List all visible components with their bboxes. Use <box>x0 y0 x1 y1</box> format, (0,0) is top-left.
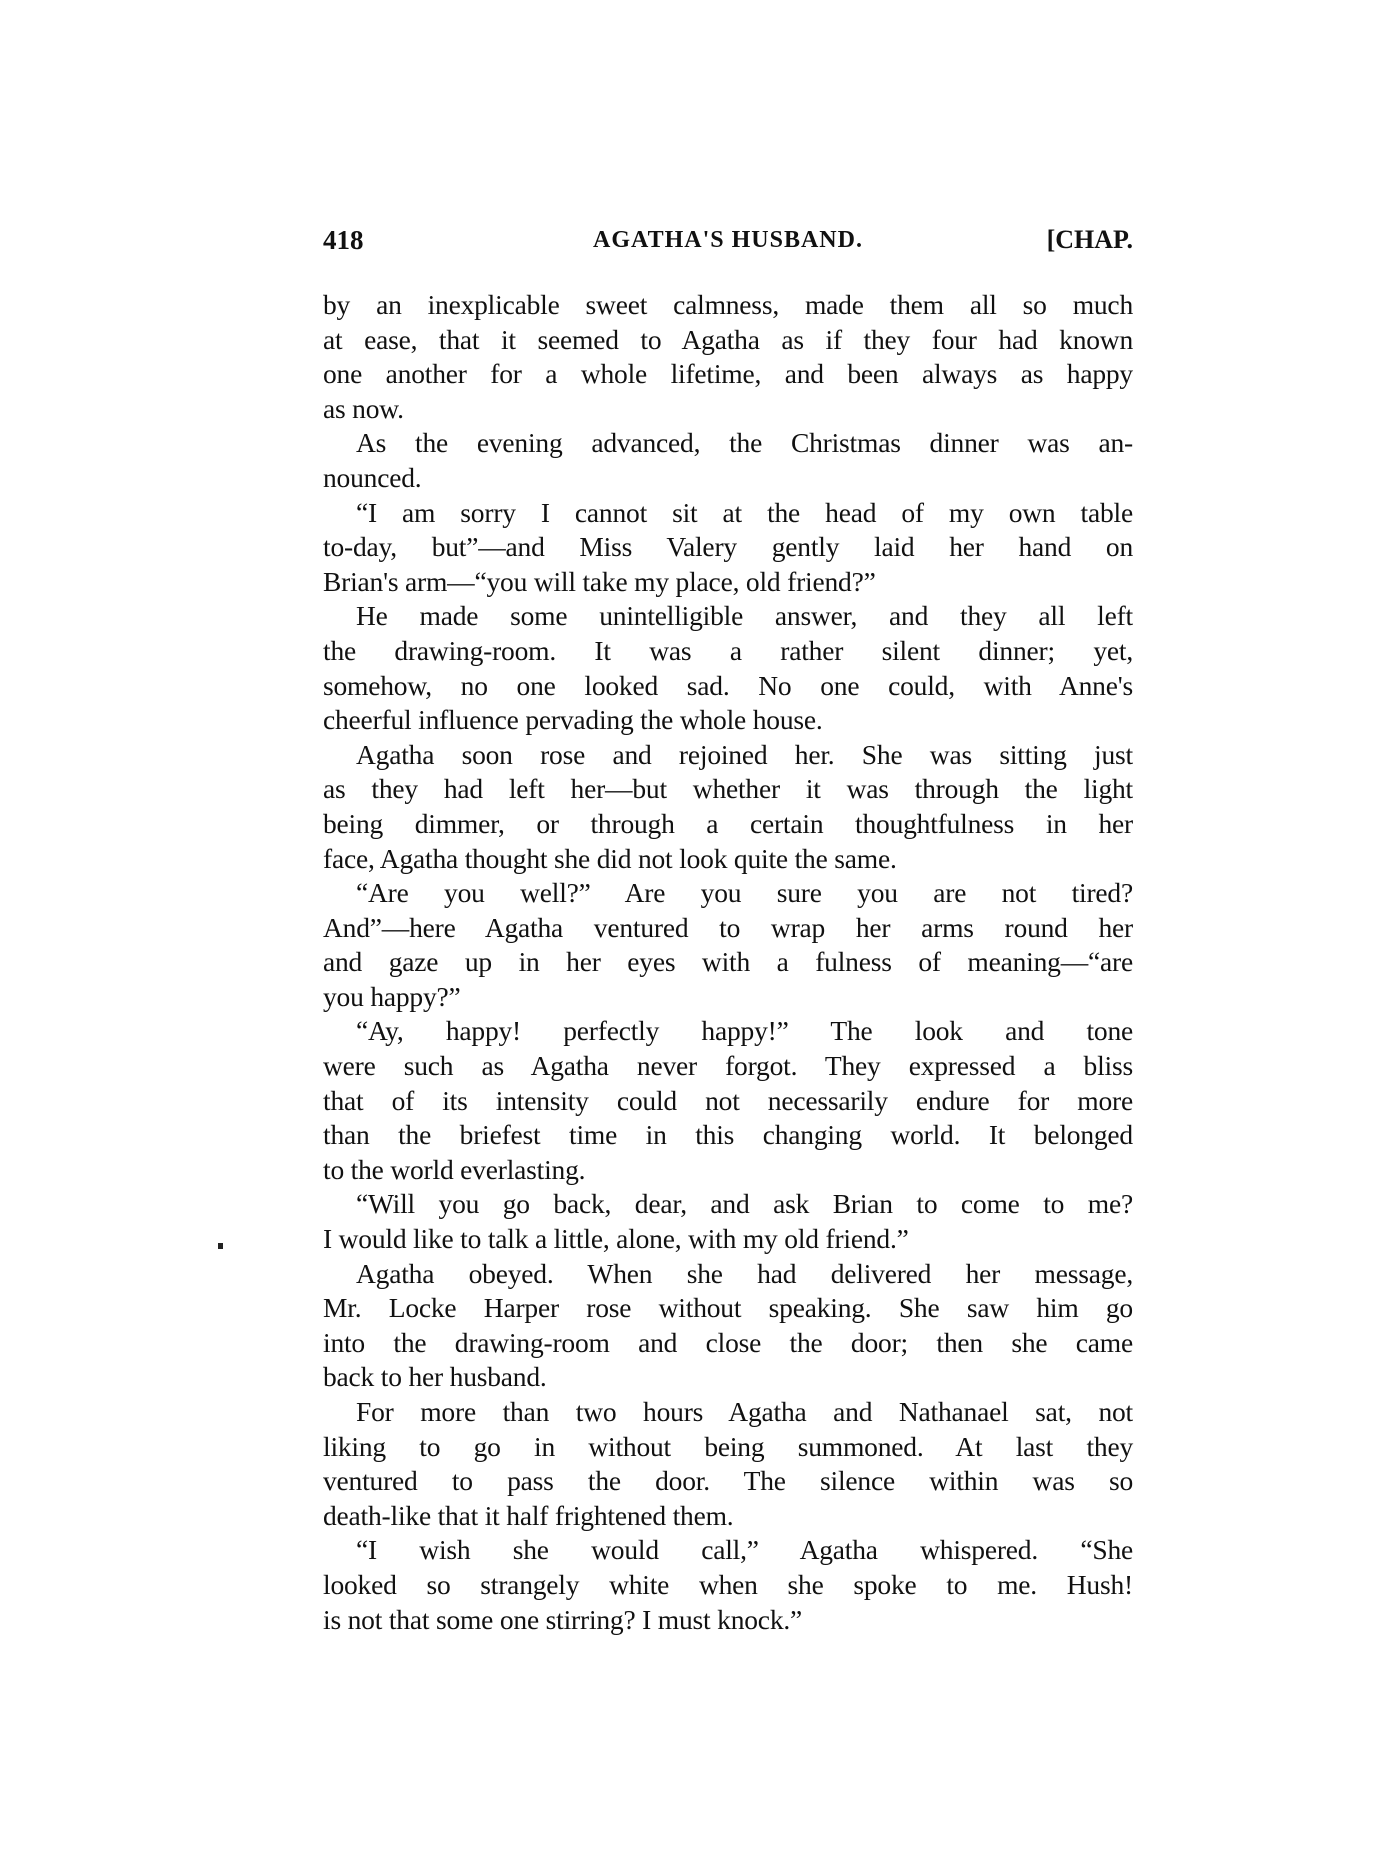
text-line: than the briefest time in this changing … <box>323 1118 1133 1153</box>
text-line: you happy?” <box>323 980 1133 1015</box>
text-line: I would like to talk a little, alone, wi… <box>323 1222 1133 1257</box>
text-line: into the drawing-room and close the door… <box>323 1326 1133 1361</box>
text-line: at ease, that it seemed to Agatha as if … <box>323 323 1133 358</box>
text-line: And”—here Agatha ventured to wrap her ar… <box>323 911 1133 946</box>
text-line: one another for a whole lifetime, and be… <box>323 357 1133 392</box>
text-line: Mr. Locke Harper rose without speaking. … <box>323 1291 1133 1326</box>
text-line: being dimmer, or through a certain thoug… <box>323 807 1133 842</box>
text-line: For more than two hours Agatha and Natha… <box>323 1395 1133 1430</box>
text-line: “Ay, happy! perfectly happy!” The look a… <box>323 1014 1133 1049</box>
text-line: death-like that it half frightened them. <box>323 1499 1133 1534</box>
text-line: As the evening advanced, the Christmas d… <box>323 426 1133 461</box>
text-line: to-day, but”—and Miss Valery gently laid… <box>323 530 1133 565</box>
text-line: “I wish she would call,” Agatha whispere… <box>323 1533 1133 1568</box>
chapter-marker: [CHAP. <box>1047 220 1133 260</box>
book-page: 418 AGATHA'S HUSBAND. [CHAP. by an inexp… <box>323 220 1133 1637</box>
text-line: Agatha obeyed. When she had delivered he… <box>323 1257 1133 1292</box>
text-line: ventured to pass the door. The silence w… <box>323 1464 1133 1499</box>
text-line: by an inexplicable sweet calmness, made … <box>323 288 1133 323</box>
text-line: Brian's arm—“you will take my place, old… <box>323 565 1133 600</box>
text-line: “I am sorry I cannot sit at the head of … <box>323 496 1133 531</box>
running-title: AGATHA'S HUSBAND. <box>323 220 1133 260</box>
text-line: looked so strangely white when she spoke… <box>323 1568 1133 1603</box>
text-line: were such as Agatha never forgot. They e… <box>323 1049 1133 1084</box>
text-line: is not that some one stirring? I must kn… <box>323 1603 1133 1638</box>
text-line: somehow, no one looked sad. No one could… <box>323 669 1133 704</box>
text-line: to the world everlasting. <box>323 1153 1133 1188</box>
text-line: as they had left her—but whether it was … <box>323 772 1133 807</box>
text-line: back to her husband. <box>323 1360 1133 1395</box>
running-header: 418 AGATHA'S HUSBAND. [CHAP. <box>323 220 1133 260</box>
text-line: cheerful influence pervading the whole h… <box>323 703 1133 738</box>
text-line: and gaze up in her eyes with a fulness o… <box>323 945 1133 980</box>
text-line: the drawing-room. It was a rather silent… <box>323 634 1133 669</box>
text-line: face, Agatha thought she did not look qu… <box>323 842 1133 877</box>
text-line: liking to go in without being summoned. … <box>323 1430 1133 1465</box>
text-line: “Are you well?” Are you sure you are not… <box>323 876 1133 911</box>
scan-speck <box>218 1243 223 1249</box>
text-line: “Will you go back, dear, and ask Brian t… <box>323 1187 1133 1222</box>
text-line: He made some unintelligible answer, and … <box>323 599 1133 634</box>
text-line: that of its intensity could not necessar… <box>323 1084 1133 1119</box>
page-body-text: by an inexplicable sweet calmness, made … <box>323 288 1133 1637</box>
text-line: nounced. <box>323 461 1133 496</box>
text-line: as now. <box>323 392 1133 427</box>
text-line: Agatha soon rose and rejoined her. She w… <box>323 738 1133 773</box>
